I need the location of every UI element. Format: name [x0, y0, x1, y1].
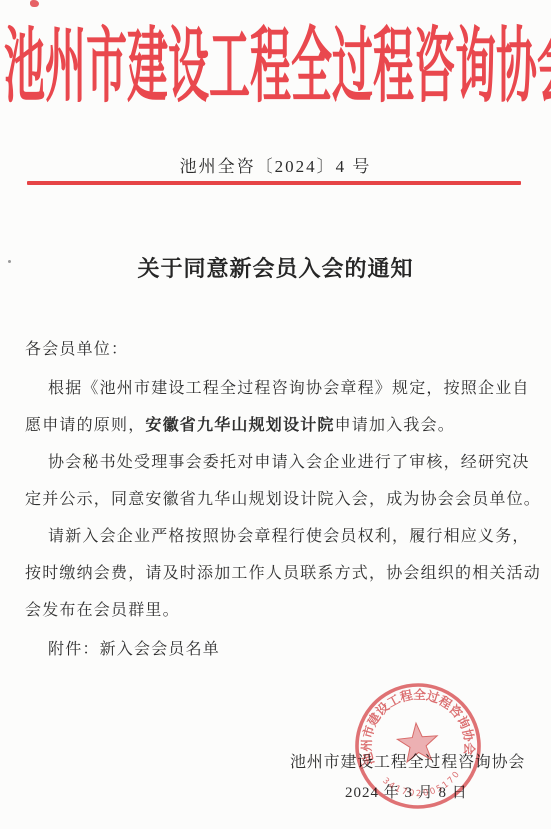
new-member-name-bold: 安徽省九华山规划设计院	[145, 417, 334, 434]
body-line-p3-2: 按时缴纳会费，请及时添加工作人员联系方式，协会组织的相关活动	[25, 564, 541, 583]
body-line-p3-3: 会发布在会员群里。	[25, 601, 180, 620]
attachment-line: 附件：新入会会员名单	[48, 640, 220, 659]
notice-title: 关于同意新会员入会的通知	[0, 252, 551, 283]
salutation-line: 各会员单位：	[25, 340, 128, 359]
red-divider-line	[27, 181, 521, 185]
seal-star	[396, 721, 439, 762]
official-seal: 池州市建设工程全过程咨询协会 341702005170	[348, 676, 489, 817]
issuing-org-title: 池州市建设工程全过程咨询协会	[4, 26, 547, 108]
document-page: 池州市建设工程全过程咨询协会 池州全咨〔2024〕4 号 关于同意新会员入会的通…	[0, 0, 551, 829]
p1-line2-suffix: 申请加入我会。	[335, 417, 455, 434]
body-line-p3-1: 请新入会企业严格按照协会章程行使会员权利，履行相应义务，	[48, 527, 530, 546]
p1-line2-prefix: 愿申请的原则，	[25, 417, 145, 434]
body-line-p1-2: 愿申请的原则，安徽省九华山规划设计院申请加入我会。	[25, 416, 455, 435]
body-line-p2-2: 定并公示，同意安徽省九华山规划设计院入会，成为协会会员单位。	[25, 490, 541, 509]
body-line-p1-1: 根据《池州市建设工程全过程咨询协会章程》规定，按照企业自	[48, 379, 530, 398]
body-line-p2-1: 协会秘书处受理事会委托对申请入会企业进行了审核，经研究决	[48, 453, 530, 472]
doc-number: 池州全咨〔2024〕4 号	[0, 152, 551, 177]
scan-artifact-speck	[30, 0, 39, 7]
